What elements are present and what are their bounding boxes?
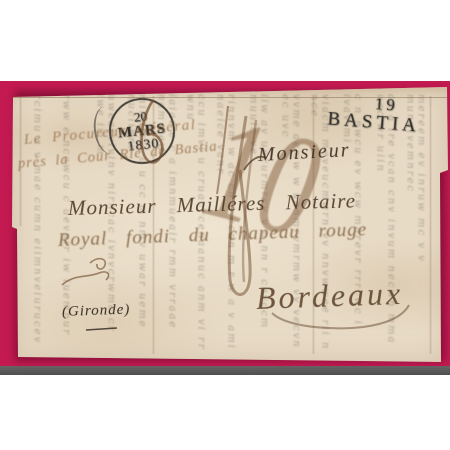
table-edge <box>0 366 450 375</box>
origin-linear-stamp: 19 BASTIA <box>327 92 422 137</box>
fold-crease <box>429 96 432 354</box>
department-note: (Gironde) <box>62 302 131 321</box>
destination-city: Bordeaux <box>255 275 403 317</box>
cover-photo: mereem ev inruw mc v v munvivemnrecaa a … <box>0 0 450 450</box>
folded-letter: mereem ev inruw mc v v munvivemnrecaa a … <box>12 86 448 363</box>
address-salutation: Monsieur <box>257 139 351 167</box>
